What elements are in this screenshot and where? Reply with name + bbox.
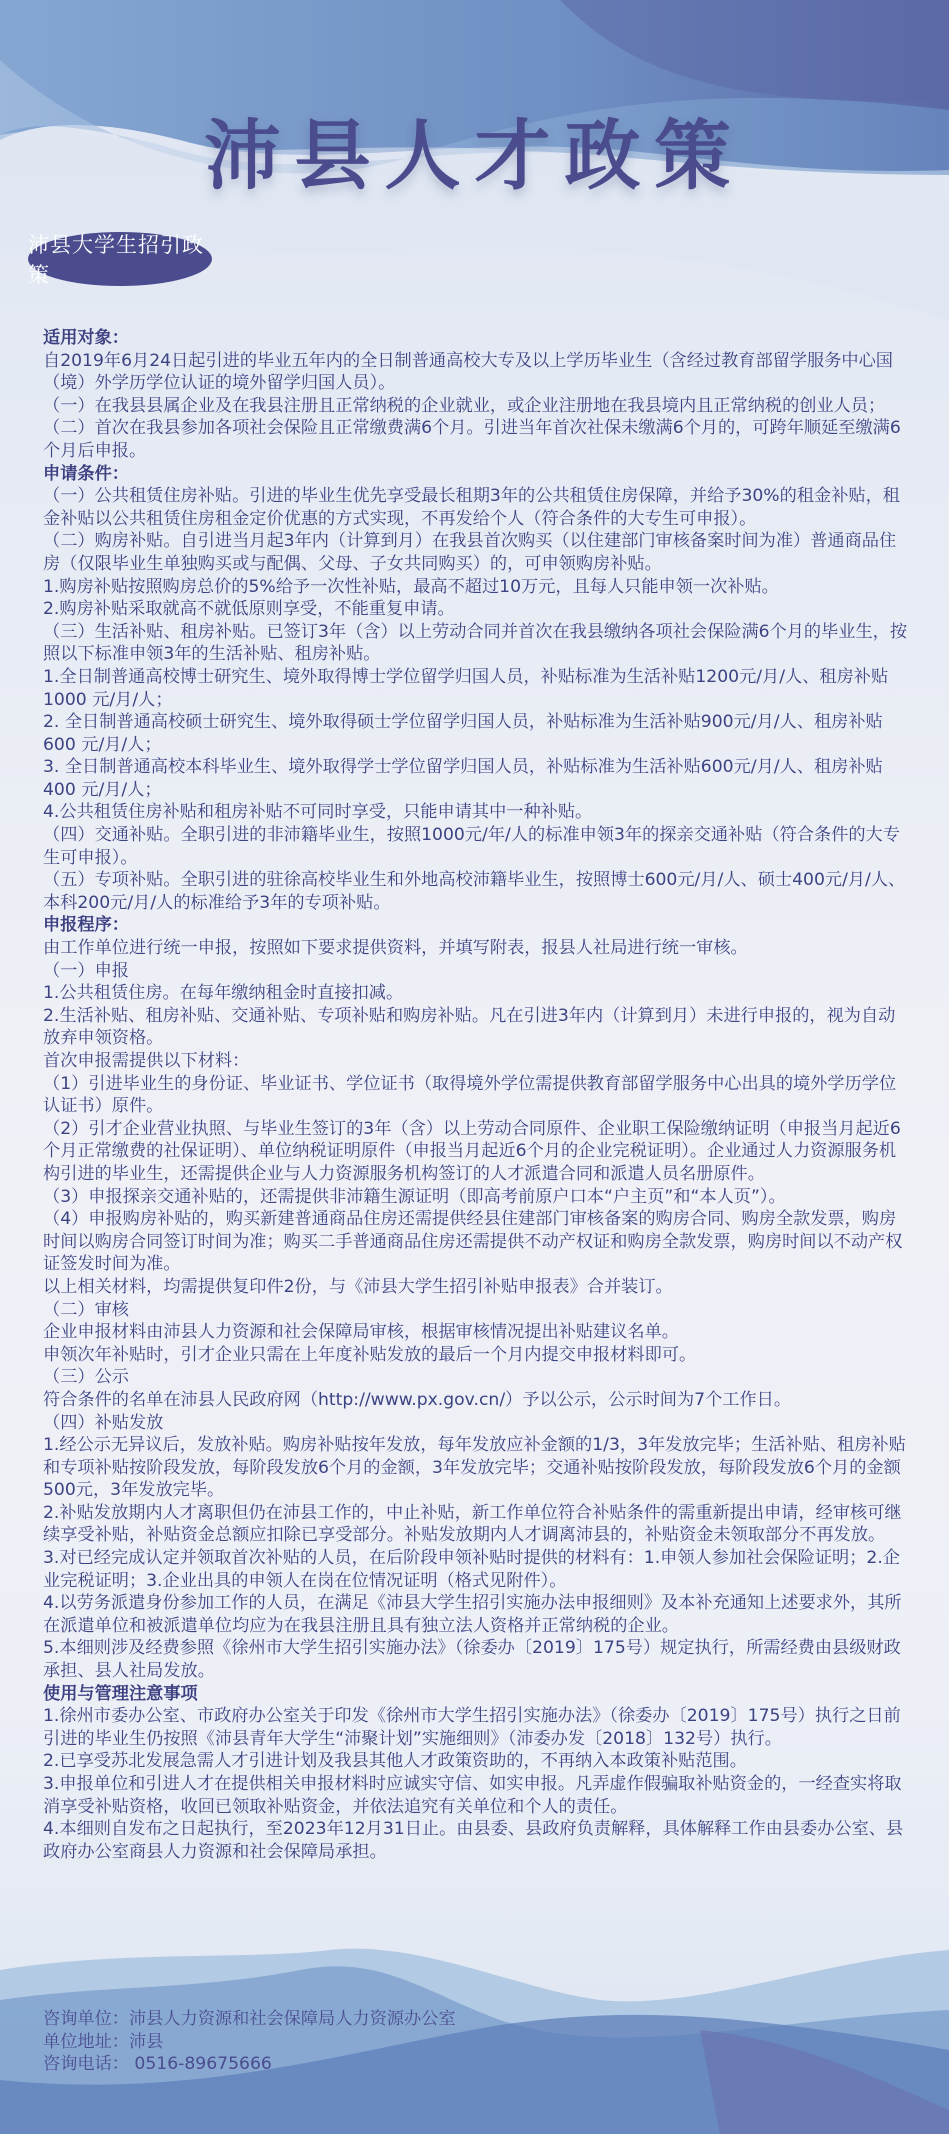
- paragraph: （四）交通补贴。全职引进的非沛籍毕业生，按照1000元/年/人的标准申领3年的探…: [43, 824, 908, 869]
- contact-phone: 咨询电话： 0516-89675666: [43, 2053, 456, 2076]
- paragraph: （二）首次在我县参加各项社会保险且正常缴费满6个月。引进当年首次社保未缴满6个月…: [43, 417, 908, 462]
- paragraph: 1.全日制普通高校博士研究生、境外取得博士学位留学归国人员，补贴标准为生活补贴1…: [43, 666, 908, 711]
- paragraph: 1.公共租赁住房。在每年缴纳租金时直接扣减。: [43, 982, 908, 1005]
- paragraph: 以上相关材料，均需提供复印件2份，与《沛县大学生招引补贴申报表》合并装订。: [43, 1276, 908, 1299]
- paragraph: 首次申报需提供以下材料：: [43, 1050, 908, 1073]
- paragraph: （二）购房补贴。自引进当月起3年内（计算到月）在我县首次购买（以住建部门审核备案…: [43, 530, 908, 575]
- paragraph: （4）申报购房补贴的，购买新建普通商品住房还需提供经县住建部门审核备案的购房合同…: [43, 1208, 908, 1276]
- paragraph: 4.公共租赁住房补贴和租房补贴不可同时享受，只能申请其中一种补贴。: [43, 801, 908, 824]
- paragraph: 5.本细则涉及经费参照《徐州市大学生招引实施办法》（徐委办〔2019〕175号）…: [43, 1637, 908, 1682]
- paragraph: 1.经公示无异议后，发放补贴。购房补贴按年发放，每年发放应补金额的1/3，3年发…: [43, 1434, 908, 1502]
- section-badge-label: 沛县大学生招引政策: [28, 232, 212, 286]
- section-heading-notes: 使用与管理注意事项: [43, 1683, 908, 1706]
- section-heading-conditions: 申请条件：: [43, 463, 908, 486]
- paragraph: 符合条件的名单在沛县人民政府网（http://www.px.gov.cn/）予以…: [43, 1389, 908, 1412]
- contact-unit: 咨询单位：沛县人力资源和社会保障局人力资源办公室: [43, 2008, 456, 2031]
- paragraph: （1）引进毕业生的身份证、毕业证书、学位证书（取得境外学位需提供教育部留学服务中…: [43, 1073, 908, 1118]
- paragraph: 申领次年补贴时，引才企业只需在上年度补贴发放的最后一个月内提交申报材料即可。: [43, 1344, 908, 1367]
- paragraph: 1.购房补贴按照购房总价的5%给予一次性补贴，最高不超过10万元，且每人只能申领…: [43, 576, 908, 599]
- paragraph: 1.徐州市委办公室、市政府办公室关于印发《徐州市大学生招引实施办法》（徐委办〔2…: [43, 1705, 908, 1750]
- section-heading-procedure: 申报程序：: [43, 914, 908, 937]
- paragraph: 3.申报单位和引进人才在提供相关申报材料时应诚实守信、如实申报。凡弄虚作假骗取补…: [43, 1773, 908, 1818]
- paragraph: 自2019年6月24日起引进的毕业五年内的全日制普通高校大专及以上学历毕业生（含…: [43, 350, 908, 395]
- paragraph: 2. 全日制普通高校硕士研究生、境外取得硕士学位留学归国人员，补贴标准为生活补贴…: [43, 711, 908, 756]
- paragraph: 2.已享受苏北发展急需人才引进计划及我县其他人才政策资助的，不再纳入本政策补贴范…: [43, 1750, 908, 1773]
- policy-content: 适用对象： 自2019年6月24日起引进的毕业五年内的全日制普通高校大专及以上学…: [43, 327, 908, 1863]
- paragraph: 4.本细则自发布之日起执行，至2023年12月31日止。由县委、县政府负责解释，…: [43, 1818, 908, 1863]
- paragraph: 2.购房补贴采取就高不就低原则享受，不能重复申请。: [43, 598, 908, 621]
- page-title: 沛县人才政策: [0, 95, 949, 204]
- paragraph: （一）在我县县属企业及在我县注册且正常纳税的企业就业，或企业注册地在我县境内且正…: [43, 395, 908, 418]
- paragraph: （2）引才企业营业执照、与毕业生签订的3年（含）以上劳动合同原件、企业职工保险缴…: [43, 1118, 908, 1186]
- paragraph: 由工作单位进行统一申报，按照如下要求提供资料，并填写附表，报县人社局进行统一审核…: [43, 937, 908, 960]
- contact-info: 咨询单位：沛县人力资源和社会保障局人力资源办公室 单位地址：沛县 咨询电话： 0…: [43, 2008, 456, 2076]
- section-badge: 沛县大学生招引政策: [28, 232, 212, 286]
- paragraph: 2.补贴发放期内人才离职但仍在沛县工作的，中止补贴，新工作单位符合补贴条件的需重…: [43, 1502, 908, 1547]
- contact-address: 单位地址：沛县: [43, 2031, 456, 2054]
- paragraph: （二）审核: [43, 1299, 908, 1322]
- paragraph: （四）补贴发放: [43, 1412, 908, 1435]
- paragraph: （一）公共租赁住房补贴。引进的毕业生优先享受最长租期3年的公共租赁住房保障，并给…: [43, 485, 908, 530]
- paragraph: 4.以劳务派遣身份参加工作的人员，在满足《沛县大学生招引实施办法申报细则》及本补…: [43, 1592, 908, 1637]
- paragraph: 企业申报材料由沛县人力资源和社会保障局审核，根据审核情况提出补贴建议名单。: [43, 1321, 908, 1344]
- paragraph: （一）申报: [43, 960, 908, 983]
- paragraph: （五）专项补贴。全职引进的驻徐高校毕业生和外地高校沛籍毕业生，按照博士600元/…: [43, 869, 908, 914]
- paragraph: 2.生活补贴、租房补贴、交通补贴、专项补贴和购房补贴。凡在引进3年内（计算到月）…: [43, 1005, 908, 1050]
- paragraph: （三）公示: [43, 1366, 908, 1389]
- paragraph: （3）申报探亲交通补贴的，还需提供非沛籍生源证明（即高考前原户口本“户主页”和“…: [43, 1186, 908, 1209]
- paragraph: （三）生活补贴、租房补贴。已签订3年（含）以上劳动合同并首次在我县缴纳各项社会保…: [43, 621, 908, 666]
- paragraph: 3. 全日制普通高校本科毕业生、境外取得学士学位留学归国人员，补贴标准为生活补贴…: [43, 756, 908, 801]
- paragraph: 3.对已经完成认定并领取首次补贴的人员，在后阶段申领补贴时提供的材料有：1.申领…: [43, 1547, 908, 1592]
- section-heading-applicable: 适用对象：: [43, 327, 908, 350]
